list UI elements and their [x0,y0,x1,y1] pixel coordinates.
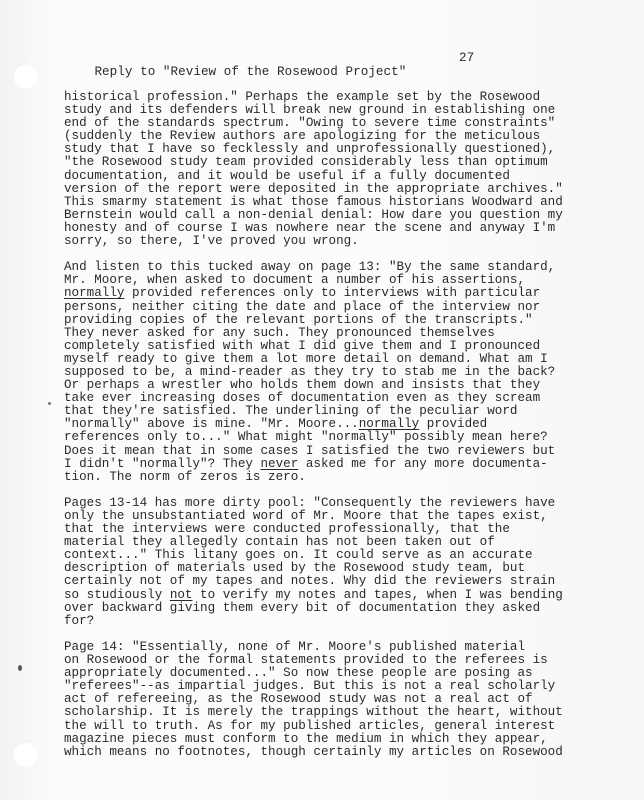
text-segment: tion. The norm of zeros is zero. [64,470,306,484]
text-segment: Does it mean that in some cases I satisf… [64,444,555,458]
text-segment: over backward giving them every bit of d… [64,601,540,615]
page-number: 27 [459,51,474,65]
text-segment: (suddenly the Review authors are apologi… [64,129,540,143]
text-segment: only the unsubstantiated word of Mr. Moo… [64,509,548,523]
text-segment: end of the standards spectrum. "Owing to… [64,116,555,130]
text-segment: Bernstein would call a non-denial denial… [64,208,563,222]
underlined-word: normally [64,286,124,300]
text-segment: to verify my notes and tapes, when I was… [193,588,563,602]
text-segment: Or perhaps a wrestler who holds them dow… [64,378,540,392]
text-line: over backward giving them every bit of d… [64,602,624,615]
text-segment: context..." This litany goes on. It coul… [64,548,533,562]
text-segment: supposed to be, a mind-reader as they tr… [64,365,555,379]
text-segment: provided references only to interviews w… [124,286,540,300]
underlined-word: normally [359,417,419,431]
text-segment: persons, neither citing the date and pla… [64,300,540,314]
text-segment: study and its defenders will break new g… [64,103,555,117]
text-segment: appropriately documented..." So now thes… [64,666,533,680]
punch-hole [12,741,38,767]
text-segment: "normally" above is mine. "Mr. Moore... [64,417,359,431]
text-segment: references only to..." What might "norma… [64,430,548,444]
text-segment: the will to truth. As for my published a… [64,719,555,733]
text-segment: on Rosewood or the formal statements pro… [64,653,548,667]
text-segment: Pages 13-14 has more dirty pool: "Conseq… [64,496,555,510]
text-segment: "referees"--as impartial judges. But thi… [64,679,555,693]
text-segment: material they allegedly contain has not … [64,535,495,549]
text-segment: I didn't "normally"? They [64,457,261,471]
scan-speck [48,402,51,405]
text-line: tion. The norm of zeros is zero. [64,471,624,484]
text-segment: magazine pieces must conform to the medi… [64,732,548,746]
text-segment: honesty and of course I was nowhere near… [64,221,555,235]
text-segment: Page 14: "Essentially, none of Mr. Moore… [64,640,525,654]
paragraph: Pages 13-14 has more dirty pool: "Conseq… [64,497,624,628]
text-segment: that the interviews were conducted profe… [64,522,510,536]
text-segment: asked me for any more documenta- [298,457,547,471]
text-segment: certainly not of my tapes and notes. Why… [64,574,555,588]
text-segment: And listen to this tucked away on page 1… [64,260,555,274]
text-line: which means no footnotes, though certain… [64,746,624,759]
text-segment: They never asked for any such. They pron… [64,326,495,340]
text-segment: which means no footnotes, though certain… [64,745,563,759]
text-segment: completely satisfied with what I did giv… [64,339,540,353]
text-segment: "the Rosewood study team provided consid… [64,155,548,169]
text-segment: sorry, so there, I've proved you wrong. [64,234,359,248]
underlined-word: not [170,588,193,602]
punch-hole [12,63,38,89]
text-segment: description of materials used by the Ros… [64,561,525,575]
text-segment: documentation, and it would be useful if… [64,169,510,183]
text-line: for? [64,615,624,628]
scan-speck [18,665,22,671]
text-segment: This smarmy statement is what those famo… [64,195,563,209]
paragraph: Page 14: "Essentially, none of Mr. Moore… [64,641,624,759]
text-segment: for? [64,614,94,628]
text-segment: that they're satisfied. The underlining … [64,404,517,418]
text-segment: scholarship. It is merely the trappings … [64,705,563,719]
paragraph: historical profession." Perhaps the exam… [64,91,624,248]
document-body: historical profession." Perhaps the exam… [64,91,624,772]
paragraph: And listen to this tucked away on page 1… [64,261,624,484]
text-line: sorry, so there, I've proved you wrong. [64,235,624,248]
text-segment: Mr. Moore, when asked to document a numb… [64,273,525,287]
header-title: Reply to "Review of the Rosewood Project… [94,65,406,79]
document-page: Reply to "Review of the Rosewood Project… [0,0,644,800]
text-segment: study that I have so fecklessly and unpr… [64,142,555,156]
text-segment: providing copies of the relevant portion… [64,313,533,327]
text-segment: historical profession." Perhaps the exam… [64,90,540,104]
underlined-word: never [261,457,299,471]
text-segment: version of the report were deposited in … [64,182,563,196]
text-segment: provided [419,417,487,431]
text-segment: so studiously [64,588,170,602]
text-segment: myself ready to give them a lot more det… [64,352,548,366]
text-segment: act of refereeing, as the Rosewood study… [64,692,533,706]
text-segment: take ever increasing doses of documentat… [64,391,540,405]
